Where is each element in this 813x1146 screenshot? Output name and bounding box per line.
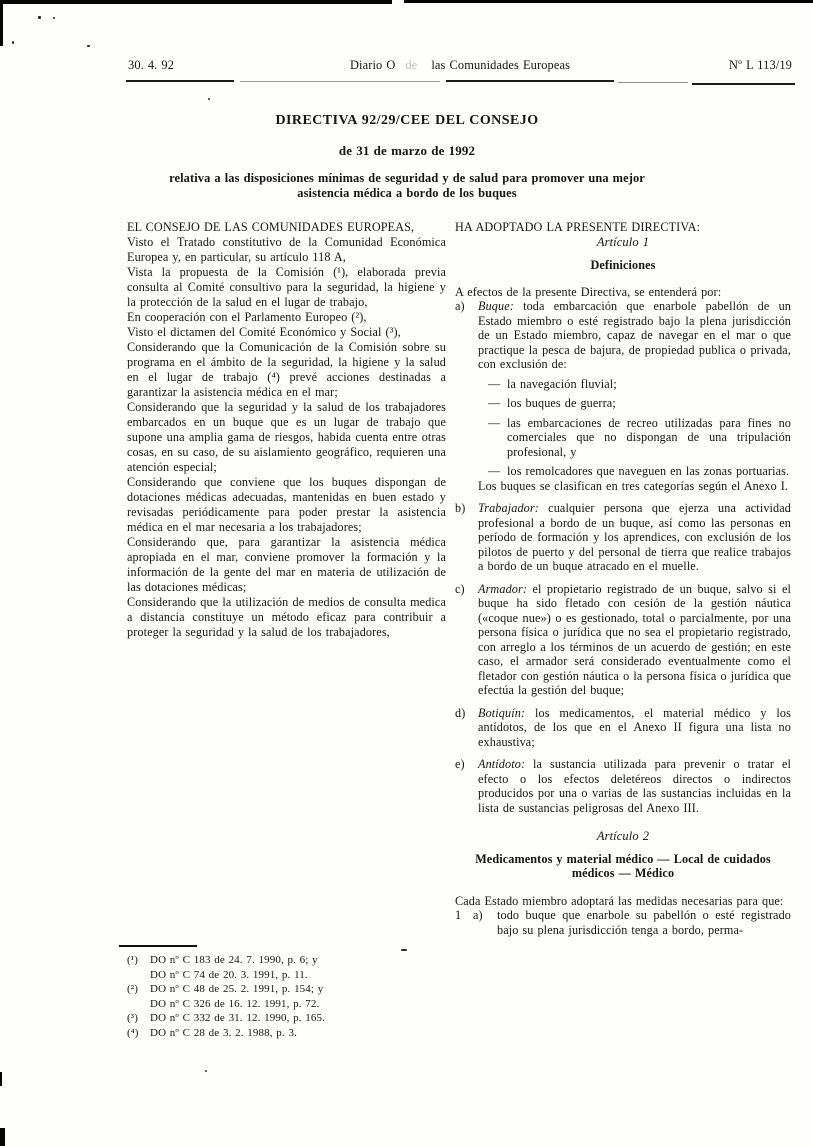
definition-item-c: c) Armador: el propietario registrado de… [455, 582, 791, 698]
article-2-label: Artículo 2 [455, 829, 791, 844]
scan-speck [12, 41, 14, 44]
recital-paragraph: Considerando que la utilización de medio… [127, 595, 446, 640]
recital-paragraph: Considerando que, para garantizar la asi… [127, 535, 446, 595]
footnotes: (¹) DO nº C 183 de 24. 7. 1990, p. 6; y … [127, 953, 447, 1041]
preamble-paragraph: Visto el dictamen del Comité Económico y… [127, 325, 446, 340]
preamble-paragraph: En cooperación con el Parlamento Europeo… [127, 310, 446, 325]
definition-subitem: — la navegación fluvial; [478, 377, 791, 392]
footnote-text: DO nº C 183 de 24. 7. 1990, p. 6; y [150, 953, 447, 968]
definition-letter: b) [455, 501, 478, 574]
recital-paragraph: Considerando que conviene que los buques… [127, 475, 446, 535]
directive-date: de 31 de marzo de 1992 [126, 143, 688, 159]
scan-artifact-left-edge-top [0, 0, 3, 46]
scanned-document-page: 30. 4. 92 Diario Odelas Comunidades Euro… [0, 0, 813, 1146]
page-header: 30. 4. 92 Diario Odelas Comunidades Euro… [128, 58, 792, 73]
definition-letter: a) [455, 299, 478, 493]
scan-artifact-top-edge-right [404, 0, 813, 3]
definition-term: Antídoto: [478, 757, 525, 771]
title-block: DIRECTIVA 92/29/CEE DEL CONSEJO de 31 de… [126, 113, 688, 201]
item-text: todo buque que enarbole su pabellón o es… [497, 908, 791, 937]
definition-subitem: — los remolcadores que naveguen en las z… [478, 464, 791, 479]
footnote: DO nº C 326 de 16. 12. 1991, p. 72. [127, 997, 447, 1012]
dash-icon: — [488, 396, 507, 411]
journal-title-faded-word: de [405, 58, 417, 72]
preamble-opening: EL CONSEJO DE LAS COMUNIDADES EUROPEAS, [127, 220, 446, 235]
definition-body: Botiquín: los medicamentos, el material … [478, 706, 791, 750]
directive-title: DIRECTIVA 92/29/CEE DEL CONSEJO [126, 113, 688, 129]
article-1-label: Artículo 1 [455, 235, 791, 250]
article-2-item-1a: 1 a) todo buque que enarbole su pabellón… [455, 908, 791, 937]
item-number: 1 [455, 908, 473, 937]
definition-body: Buque: toda embarcación que enarbole pab… [478, 299, 791, 493]
article-1-heading: Definiciones [455, 258, 791, 273]
definition-term: Botiquín: [478, 706, 525, 720]
definition-letter: c) [455, 582, 478, 698]
right-column: HA ADOPTADO LA PRESENTE DIRECTIVA: Artíc… [455, 220, 791, 937]
header-rule-segment [446, 80, 614, 82]
item-letter: a) [473, 908, 497, 937]
recital-paragraph: Considerando que la seguridad y la salud… [127, 400, 446, 475]
scan-artifact-left-edge-mid [0, 1072, 2, 1086]
definition-item-d: d) Botiquín: los medicamentos, el materi… [455, 706, 791, 750]
footnote-text: DO nº C 28 de 3. 2. 1988, p. 3. [150, 1026, 447, 1041]
definition-term: Trabajador: [478, 501, 539, 515]
definition-text: los medicamentos, el material médico y l… [478, 706, 791, 749]
definition-letter: d) [455, 706, 478, 750]
header-rule-segment [692, 83, 795, 85]
footnote-marker: (⁴) [127, 1026, 150, 1041]
footnote-text: DO nº C 326 de 16. 12. 1991, p. 72. [150, 997, 447, 1012]
definition-item-a: a) Buque: toda embarcación que enarbole … [455, 299, 791, 493]
journal-title: Diario Odelas Comunidades Europeas [238, 58, 682, 73]
subitem-text: los remolcadores que naveguen en las zon… [507, 464, 791, 479]
subitem-text: las embarcaciones de recreo utilizadas p… [507, 416, 791, 460]
scan-speck [87, 45, 90, 47]
directive-subtitle-line2: asistencia médica a bordo de los buques [126, 186, 688, 201]
footnote-separator [119, 945, 197, 947]
journal-title-part1: Diario O [350, 58, 395, 72]
definition-subitem: — las embarcaciones de recreo utilizadas… [478, 416, 791, 460]
preamble-paragraph: Vista la propuesta de la Comisión (¹), e… [127, 265, 446, 310]
article-1-intro: A efectos de la presente Directiva, se e… [455, 285, 791, 300]
footnote-text: DO nº C 74 de 20. 3. 1991, p. 11. [150, 968, 447, 983]
scan-speck [205, 1070, 207, 1072]
article-2-intro: Cada Estado miembro adoptará las medidas… [455, 894, 791, 909]
scan-artifact-top-edge-left [0, 0, 392, 4]
definition-letter: e) [455, 757, 478, 815]
scan-artifact-left-edge-bottom [0, 1128, 5, 1146]
footnote: (¹) DO nº C 183 de 24. 7. 1990, p. 6; y [127, 953, 447, 968]
footnote-marker [127, 997, 150, 1012]
header-date: 30. 4. 92 [128, 58, 238, 73]
header-rule-segment [618, 82, 688, 83]
definition-item-e: e) Antídoto: la sustancia utilizada para… [455, 757, 791, 815]
footnote-marker: (²) [127, 982, 150, 997]
journal-title-part2: las Comunidades Europeas [431, 58, 570, 72]
scan-speck [208, 98, 210, 100]
adoption-clause: HA ADOPTADO LA PRESENTE DIRECTIVA: [455, 220, 791, 235]
footnote-marker [127, 968, 150, 983]
footnote: (⁴) DO nº C 28 de 3. 2. 1988, p. 3. [127, 1026, 447, 1041]
footnote-text: DO nº C 48 de 25. 2. 1991, p. 154; y [150, 982, 447, 997]
footnote-marker: (¹) [127, 953, 150, 968]
definition-text: el propietario registrado de un buque, s… [478, 582, 791, 698]
definition-term: Buque: [478, 299, 514, 313]
definition-body: Trabajador: cualquier persona que ejerza… [478, 501, 791, 574]
definition-subitem: — los buques de guerra; [478, 396, 791, 411]
definition-closing: Los buques se clasifican en tres categor… [478, 479, 791, 494]
footnote-marker: (³) [127, 1011, 150, 1026]
dash-icon: — [488, 464, 507, 479]
article-2-heading: Medicamentos y material médico — Local d… [455, 852, 791, 881]
definition-body: Armador: el propietario registrado de un… [478, 582, 791, 698]
directive-subtitle-line1: relativa a las disposiciones mínimas de … [126, 171, 688, 186]
subitem-text: la navegación fluvial; [507, 377, 791, 392]
definition-text: toda embarcación que enarbole pabellón d… [478, 299, 791, 371]
header-rule-segment [126, 80, 234, 82]
dash-icon: — [488, 416, 507, 460]
definition-text: la sustancia utilizada para prevenir o t… [478, 757, 791, 815]
recital-paragraph: Considerando que la Comunicación de la C… [127, 340, 446, 400]
directive-subtitle: relativa a las disposiciones mínimas de … [126, 171, 688, 201]
scan-speck [38, 16, 41, 19]
left-column: EL CONSEJO DE LAS COMUNIDADES EUROPEAS, … [127, 220, 446, 640]
scan-speck [53, 17, 55, 19]
subitem-text: los buques de guerra; [507, 396, 791, 411]
footnote: (²) DO nº C 48 de 25. 2. 1991, p. 154; y [127, 982, 447, 997]
definition-term: Armador: [478, 582, 527, 596]
header-rule-segment [240, 81, 440, 82]
footnote: DO nº C 74 de 20. 3. 1991, p. 11. [127, 968, 447, 983]
scan-speck [401, 949, 407, 951]
preamble-paragraph: Visto el Tratado constitutivo de la Comu… [127, 235, 446, 265]
definition-body: Antídoto: la sustancia utilizada para pr… [478, 757, 791, 815]
definition-item-b: b) Trabajador: cualquier persona que eje… [455, 501, 791, 574]
page-reference: Nº L 113/19 [682, 58, 792, 73]
dash-icon: — [488, 377, 507, 392]
footnote: (³) DO nº C 332 de 31. 12. 1990, p. 165. [127, 1011, 447, 1026]
footnote-text: DO nº C 332 de 31. 12. 1990, p. 165. [150, 1011, 447, 1026]
